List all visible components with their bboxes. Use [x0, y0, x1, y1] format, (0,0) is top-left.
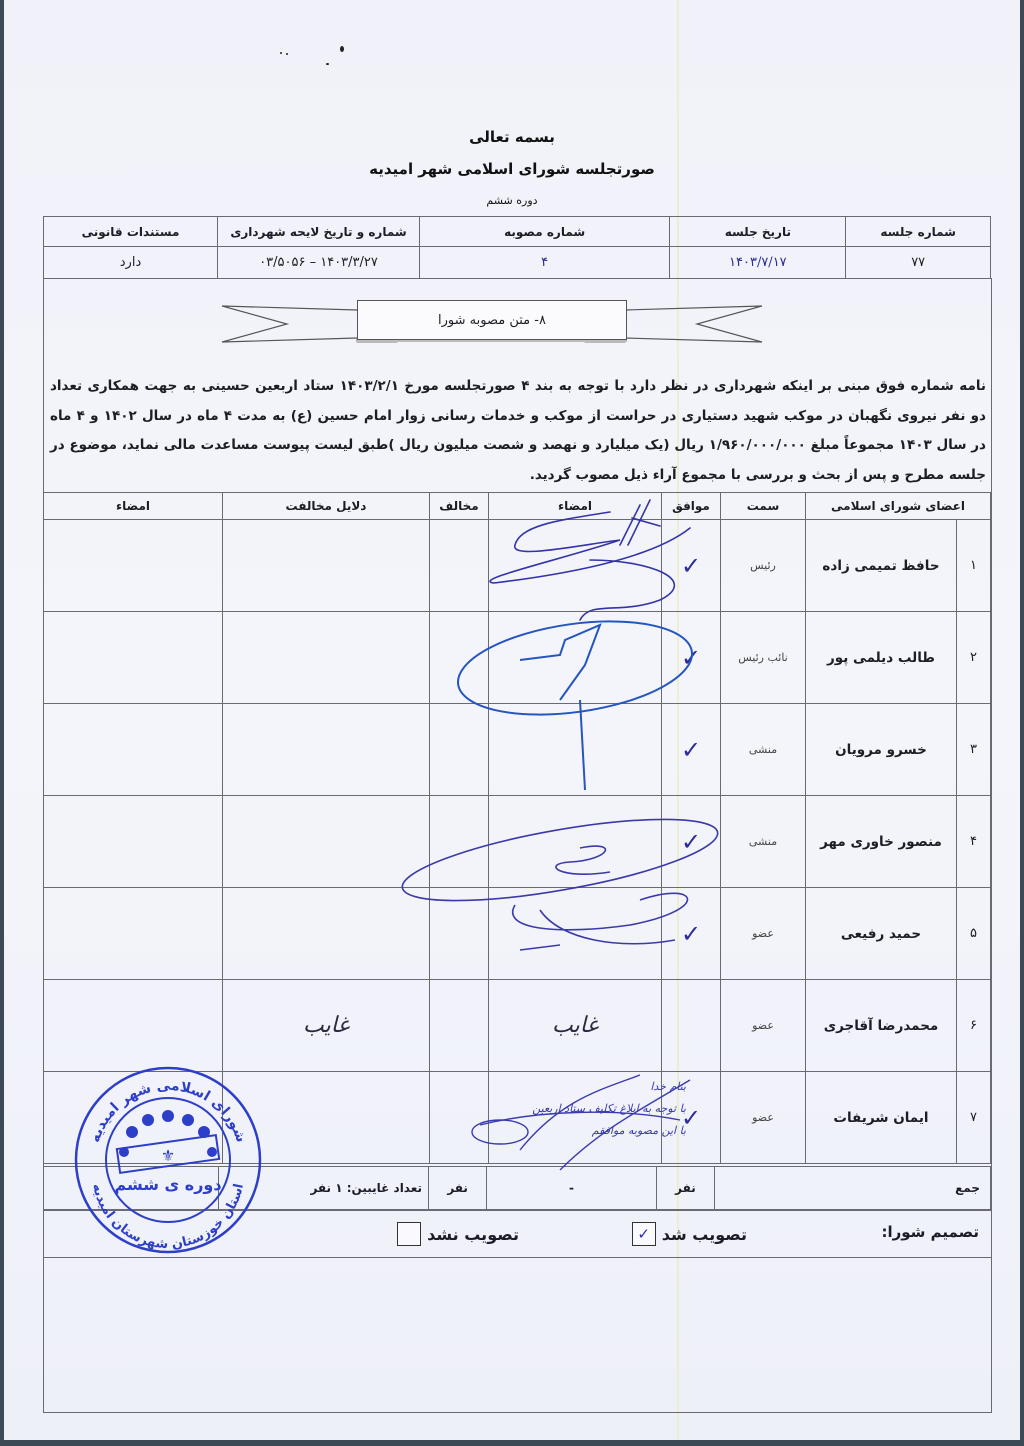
agree-check-icon: ✓: [662, 888, 721, 980]
resolution-number-value: ۴: [420, 247, 670, 279]
member-role: منشی: [721, 704, 806, 796]
member-role: رئیس: [721, 520, 806, 612]
col-session-number: شماره جلسه: [846, 217, 991, 247]
scan-edge-left: [0, 0, 4, 1446]
signature-cell: [489, 612, 662, 704]
member-name: ایمان شریفات: [806, 1072, 957, 1164]
row-number: ۷: [957, 1072, 991, 1164]
oppose-cell: [430, 520, 489, 612]
scan-edge-bottom: [0, 1440, 1024, 1446]
council-term: دوره ششم: [0, 194, 1024, 207]
scan-edge-right: [1020, 0, 1024, 1446]
agree-unit: نفر: [656, 1167, 714, 1210]
reasons-cell: [223, 704, 430, 796]
sum-label: جمع: [715, 1167, 991, 1210]
decision-label: تصمیم شورا:: [881, 1223, 979, 1241]
col-signature-2: امضاء: [44, 493, 223, 520]
signature-cell: [489, 888, 662, 980]
member-name: طالب دیلمی پور: [806, 612, 957, 704]
note-line: با توجه به ابلاغ تکلیف ستاد اربعین: [508, 1098, 686, 1120]
row-number: ۵: [957, 888, 991, 980]
table-row: ۴ منصور خاوری مهر منشی ✓: [44, 796, 991, 888]
signature-absent-note: غایب: [489, 980, 662, 1072]
row-number: ۳: [957, 704, 991, 796]
oppose-cell: [430, 796, 489, 888]
col-members: اعضای شورای اسلامی: [806, 493, 991, 520]
reasons-cell: [223, 796, 430, 888]
scan-speck: [326, 63, 329, 65]
table-row: ۵ حمید رفیعی عضو ✓: [44, 888, 991, 980]
approved-label: تصویب شد: [662, 1225, 747, 1244]
col-resolution-number: شماره مصوبه: [420, 217, 670, 247]
reasons-cell: [223, 612, 430, 704]
council-stamp: شورای اسلامی شهر امیدیه استان خوزستان شه…: [72, 1062, 264, 1258]
rejected-option[interactable]: تصویب نشد: [397, 1222, 519, 1246]
member-name: منصور خاوری مهر: [806, 796, 957, 888]
member-role: منشی: [721, 796, 806, 888]
row-number: ۶: [957, 980, 991, 1072]
oppose-cell: [430, 980, 489, 1072]
scan-speck: [280, 52, 282, 54]
approved-option[interactable]: تصویب شد ✓: [632, 1222, 747, 1246]
signature2-cell: [44, 980, 223, 1072]
rejected-label: تصویب نشد: [427, 1225, 519, 1244]
col-oppose: مخالف: [430, 493, 489, 520]
resolution-body-text: نامه شماره فوق مبنی بر اینکه شهرداری در …: [50, 372, 986, 490]
svg-text:دوره ی ششم: دوره ی ششم: [114, 1175, 221, 1194]
note-line: با این مصوبه موافقم: [508, 1120, 686, 1142]
rejected-checkbox[interactable]: [397, 1222, 421, 1246]
row-number: ۲: [957, 612, 991, 704]
agree-check-icon: ✓: [662, 612, 721, 704]
reasons-absent-note: غایب: [223, 980, 430, 1072]
oppose-cell: [430, 888, 489, 980]
table-row: ۲ طالب دیلمی پور نائب رئیس ✓: [44, 612, 991, 704]
signature2-cell: [44, 704, 223, 796]
session-meta-table: شماره جلسه تاریخ جلسه شماره مصوبه شماره …: [43, 216, 991, 279]
col-role: سمت: [721, 493, 806, 520]
signature2-cell: [44, 796, 223, 888]
signature2-cell: [44, 520, 223, 612]
session-number-value: ۷۷: [846, 247, 991, 279]
row-number: ۴: [957, 796, 991, 888]
agree-check-icon: ✓: [662, 520, 721, 612]
approved-checkbox[interactable]: ✓: [632, 1222, 656, 1246]
member-role: عضو: [721, 1072, 806, 1164]
table-row: ۳ خسرو مرویان منشی ✓: [44, 704, 991, 796]
col-signature: امضاء: [489, 493, 662, 520]
stamp-seal-icon: شورای اسلامی شهر امیدیه استان خوزستان شه…: [72, 1062, 264, 1258]
scan-speck: [286, 53, 288, 55]
col-agree: موافق: [662, 493, 721, 520]
signature2-cell: [44, 612, 223, 704]
oppose-cell: [430, 704, 489, 796]
section-banner-label: ۸- متن مصوبه شورا: [357, 300, 627, 340]
agree-check-icon: ✓: [662, 796, 721, 888]
col-legal-documents: مستندات قانونی: [44, 217, 218, 247]
reasons-cell: [223, 520, 430, 612]
legal-documents-value: دارد: [44, 247, 218, 279]
table-row: ۱ حافظ تمیمی زاده رئیس ✓: [44, 520, 991, 612]
agree-check-icon: ✓: [662, 704, 721, 796]
member-role: عضو: [721, 980, 806, 1072]
col-opposition-reasons: دلایل مخالفت: [223, 493, 430, 520]
invocation-heading: بسمه تعالی: [0, 128, 1024, 146]
member-name: خسرو مرویان: [806, 704, 957, 796]
member-role: نائب رئیس: [721, 612, 806, 704]
section-banner: ۸- متن مصوبه شورا: [222, 298, 762, 348]
col-bill-number-date: شماره و تاریخ لایحه شهرداری: [218, 217, 420, 247]
col-session-date: تاریخ جلسه: [670, 217, 846, 247]
session-date-value: ۱۴۰۳/۷/۱۷: [670, 247, 846, 279]
signature-cell: [489, 520, 662, 612]
signature-cell: [489, 704, 662, 796]
scan-speck: [340, 46, 344, 52]
member-name: محمدرضا آقاجری: [806, 980, 957, 1072]
document-title: صورتجلسه شورای اسلامی شهر امیدیه: [0, 160, 1024, 178]
agree-check-icon: [662, 980, 721, 1072]
signature2-cell: [44, 888, 223, 980]
reasons-cell: [223, 888, 430, 980]
oppose-cell: [430, 1072, 489, 1164]
handwritten-note: بنام خدا با توجه به ابلاغ تکلیف ستاد ارب…: [508, 1076, 686, 1142]
note-line: بنام خدا: [508, 1076, 686, 1098]
svg-text:⚜: ⚜: [161, 1146, 175, 1165]
oppose-unit: نفر: [429, 1167, 487, 1210]
table-row: ۶ محمدرضا آقاجری عضو غایب غایب: [44, 980, 991, 1072]
member-name: حمید رفیعی: [806, 888, 957, 980]
bill-number-date-value: ۱۴۰۳/۳/۲۷ – ۰۳/۵۰۵۶: [218, 247, 420, 279]
row-number: ۱: [957, 520, 991, 612]
signature-cell: [489, 796, 662, 888]
member-role: عضو: [721, 888, 806, 980]
oppose-value: -: [487, 1167, 657, 1210]
member-name: حافظ تمیمی زاده: [806, 520, 957, 612]
oppose-cell: [430, 612, 489, 704]
